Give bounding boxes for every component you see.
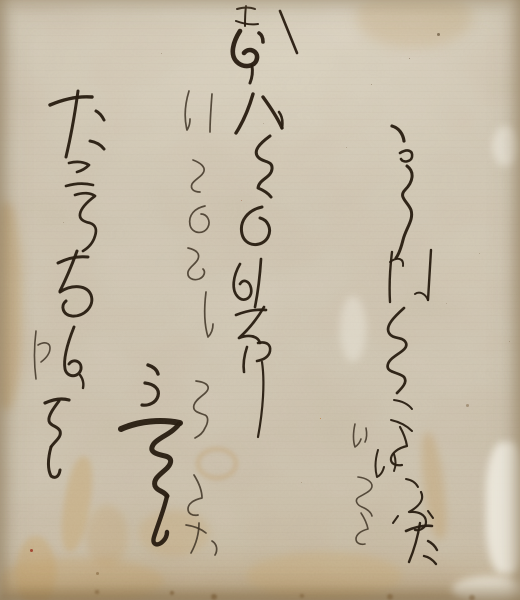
manuscript-photo: Cursive Japanese kana calligraphy brushe… [0,0,520,600]
bottom-edge-spots [0,0,4,4]
paper-fiber-texture [0,0,520,600]
